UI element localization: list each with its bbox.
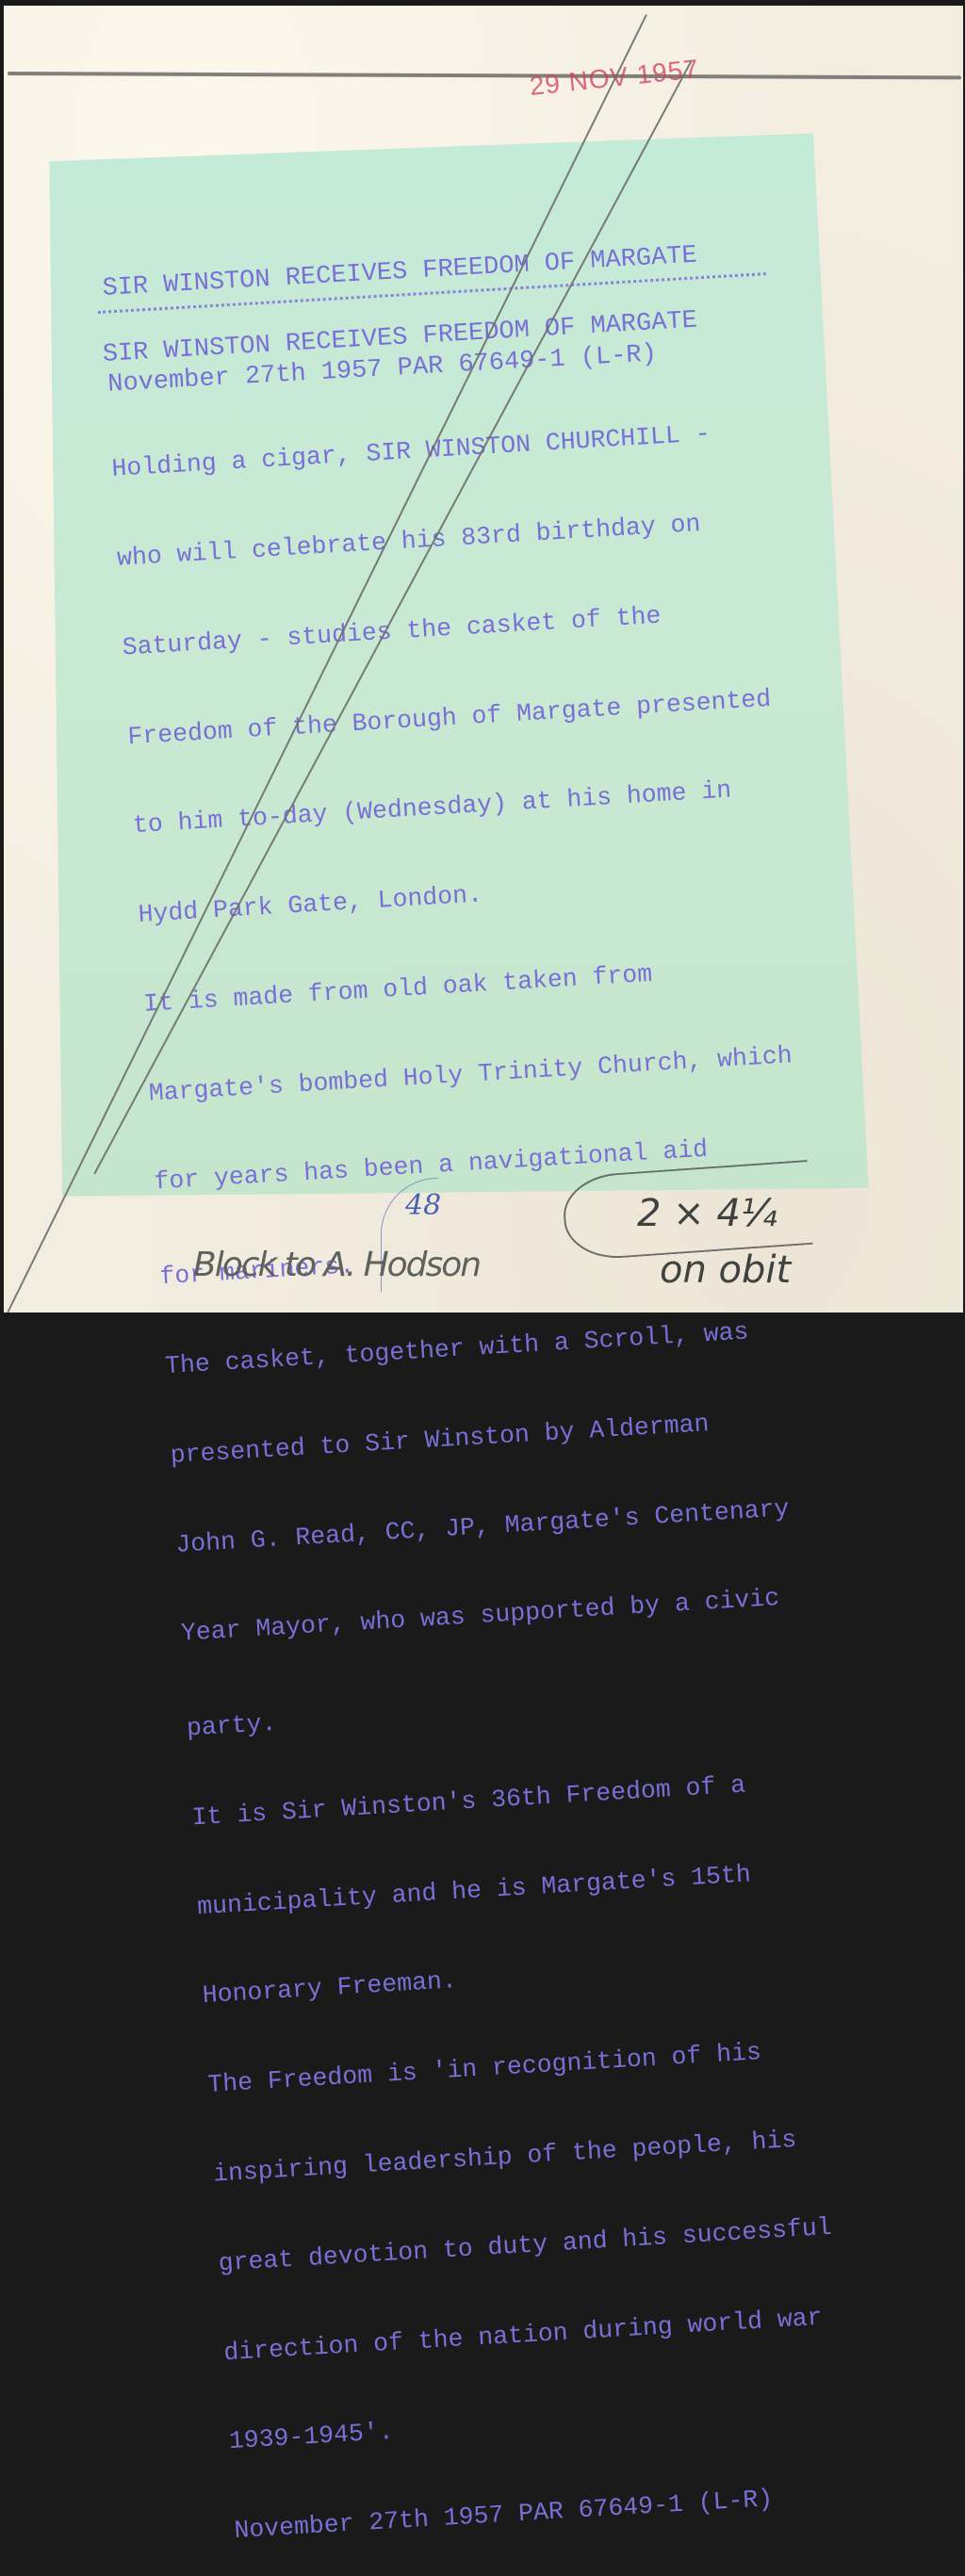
handwritten-number: 48 bbox=[405, 1189, 441, 1222]
body-line: Saturday - studies the casket of the bbox=[122, 595, 766, 663]
body-line: Holding a cigar, SIR WINSTON CHURCHILL - bbox=[111, 417, 756, 485]
handwritten-signature: Block to A. Hodson bbox=[193, 1246, 480, 1284]
body-line: who will celebrate his 83rd birthday on bbox=[116, 506, 761, 574]
body-line: Freedom of the Borough of Margate presen… bbox=[127, 684, 772, 752]
body-line: Margate's bombed Holy Trinity Church, wh… bbox=[148, 1041, 793, 1109]
body-line: to him to-day (Wednesday) at his home in bbox=[132, 774, 777, 841]
body-line: It is made from old oak taken from bbox=[142, 952, 787, 1019]
handwritten-size-note: 2 × 4¼ bbox=[637, 1192, 777, 1235]
body-line: Hydd Park Gate, London. bbox=[138, 863, 782, 931]
handwritten-obit-note: on obit bbox=[660, 1248, 791, 1292]
